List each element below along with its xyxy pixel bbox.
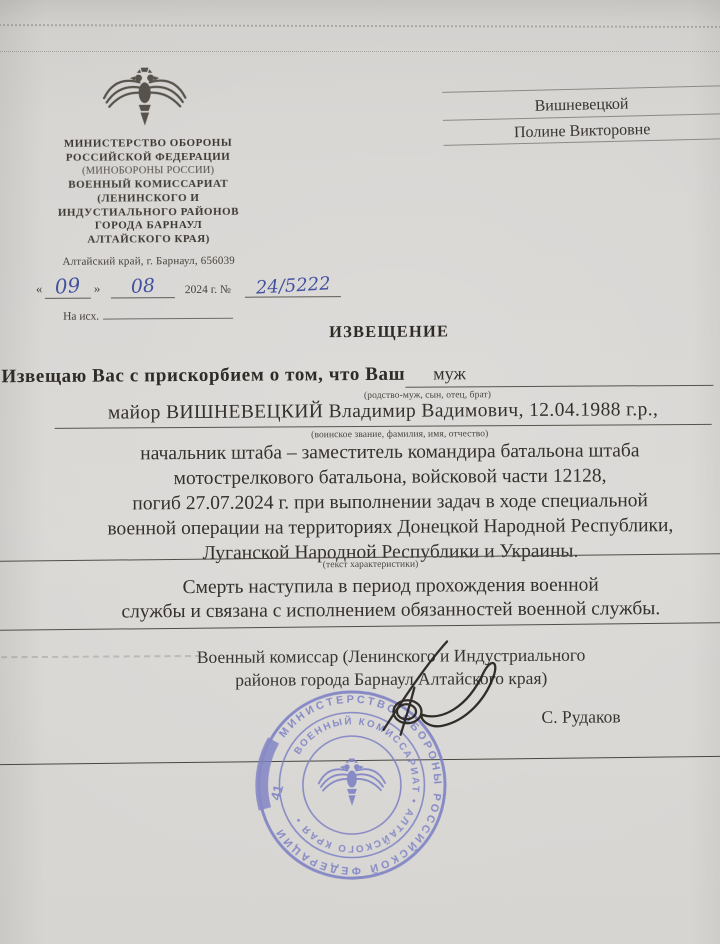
handwritten-day: 09 bbox=[54, 273, 81, 299]
service-description: начальник штаба – заместитель командира … bbox=[60, 438, 720, 567]
stamp-number: 41 bbox=[268, 783, 286, 802]
intro-text: Извещаю Вас с прискорбием о том, что Ваш bbox=[1, 364, 405, 390]
death-line: службы и связана с исполнением обязаннос… bbox=[61, 597, 720, 625]
date-month-field: 08 bbox=[111, 275, 175, 298]
open-quote: « bbox=[36, 281, 43, 297]
close-quote: » bbox=[94, 281, 101, 297]
outgoing-ref-label: На исх. bbox=[63, 311, 99, 323]
date-number-row: « 09 » 08 2024 г. № 24/5222 bbox=[35, 270, 365, 302]
service-line: начальник штаба – заместитель командира … bbox=[60, 438, 720, 467]
document-content: Вишневецкой Полине Викторовне МИНИСТЕРСТ… bbox=[0, 0, 720, 944]
date-day-field: 09 bbox=[45, 274, 91, 299]
mod-double-headed-eagle-icon bbox=[98, 63, 192, 128]
outgoing-ref-row: На исх. bbox=[63, 306, 233, 323]
death-statement: Смерть наступила в период прохождения во… bbox=[61, 573, 720, 625]
handwritten-signature-ink bbox=[373, 637, 534, 746]
addressee-block: Вишневецкой Полине Викторовне bbox=[442, 85, 720, 146]
stamp-eagle-icon bbox=[319, 758, 386, 806]
addressee-given-name: Полине Викторовне bbox=[443, 114, 720, 146]
document-number-field: 24/5222 bbox=[245, 275, 341, 298]
service-line: военной операции на территориях Донецкой… bbox=[60, 513, 720, 542]
characteristic-caption: (текст характеристики) bbox=[296, 559, 446, 570]
outgoing-ref-blank bbox=[103, 306, 233, 320]
deceased-name-line: майор ВИШНЕВЕЦКИЙ Владимир Вадимович, 12… bbox=[55, 399, 712, 429]
handwritten-number: 24/5222 bbox=[255, 273, 331, 298]
signer-name: С. Рудаков bbox=[541, 706, 620, 727]
letterhead: МИНИСТЕРСТВО ОБОРОНЫ РОССИЙСКОЙ ФЕДЕРАЦИ… bbox=[18, 136, 279, 247]
handwritten-month: 08 bbox=[130, 275, 155, 298]
letterhead-address: Алтайский край, г. Барнаул, 656039 bbox=[19, 254, 279, 268]
intro-row: Извещаю Вас с прискорбием о том, что Ваш… bbox=[1, 362, 713, 390]
letterhead-line: АЛТАЙСКОГО КРАЯ) bbox=[19, 232, 279, 247]
relation-value: муж bbox=[433, 363, 466, 383]
year-number-label: 2024 г. № bbox=[185, 284, 231, 296]
document-title: ИЗВЕЩЕНИЕ bbox=[59, 320, 719, 344]
relation-field: муж bbox=[405, 362, 713, 388]
scanned-notice-document: Вишневецкой Полине Викторовне МИНИСТЕРСТ… bbox=[0, 0, 720, 944]
